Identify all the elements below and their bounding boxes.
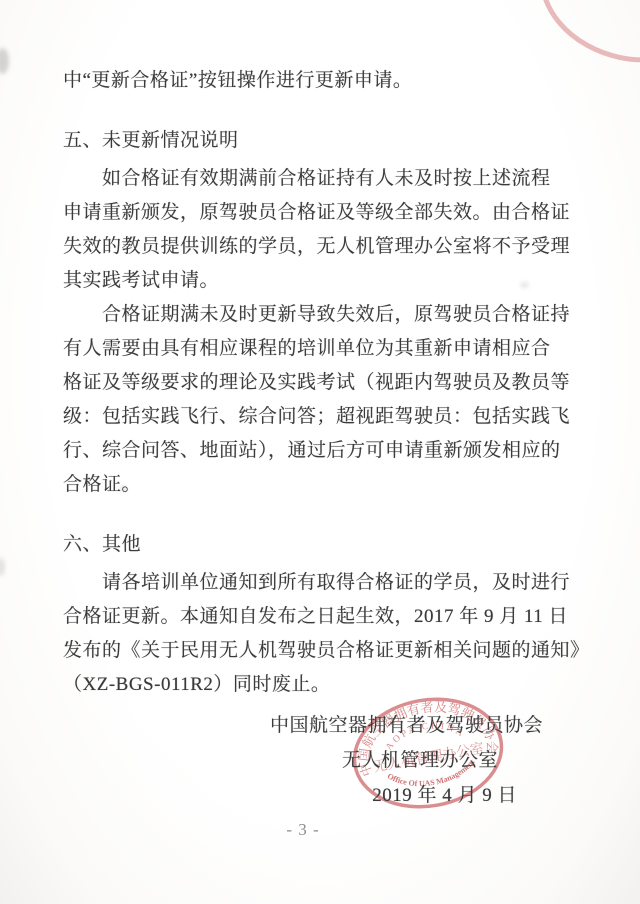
document-body: 中“更新合格证”按钮操作进行更新申请。 五、未更新情况说明 如合格证有效期满前合…	[63, 64, 543, 843]
text-line: 失效的教员提供训练的学员，无人机管理办公室将不予受理	[63, 230, 543, 264]
section-six-paragraph-1: 请各培训单位通知到所有取得合格证的学员，及时进行合格证更新。本通知自发布之日起生…	[63, 566, 543, 702]
section-heading-six: 六、其他	[63, 528, 543, 562]
text-line: 合格证。	[63, 468, 543, 502]
text-line: 合格证更新。本通知自发布之日起生效，2017 年 9 月 11 日	[63, 600, 543, 634]
text-line: （XZ-BGS-011R2）同时废止。	[63, 668, 543, 702]
text-line: 请各培训单位通知到所有取得合格证的学员，及时进行	[63, 566, 543, 600]
signature-organization: 中国航空器拥有者及驾驶员协会	[63, 708, 543, 743]
lead-paragraph: 中“更新合格证”按钮操作进行更新申请。	[63, 64, 543, 98]
corner-seal-ring	[528, 0, 640, 77]
section-five-paragraph-1: 如合格证有效期满前合格证持有人未及时按上述流程申请重新颁发，原驾驶员合格证及等级…	[63, 162, 543, 298]
svg-text:中国航空器拥有者及驾驶员协会: 中国航空器拥有者及驾驶员协会	[522, 0, 640, 32]
text-line: 其实践考试申请。	[63, 264, 543, 298]
scan-smudge	[0, 48, 9, 74]
text-line: 如合格证有效期满前合格证持有人未及时按上述流程	[63, 162, 543, 196]
corner-seal-ring-text: 中国航空器拥有者及驾驶员协会	[522, 0, 640, 32]
text-line: 申请重新颁发，原驾驶员合格证及等级全部失效。由合格证	[63, 196, 543, 230]
text-line: 格证及等级要求的理论及实践考试（视距内驾驶员及教员等	[63, 366, 543, 400]
signature-office: 无人机管理办公室	[63, 743, 498, 778]
text-line: 行、综合问答、地面站），通过后方可申请重新颁发相应的	[63, 434, 543, 468]
text-line: 中“更新合格证”按钮操作进行更新申请。	[63, 64, 543, 98]
scanned-notice-page: 中国航空器拥有者及驾驶员协会 中国航空器拥有者及驾驶员协会 AOPA CHINA…	[0, 0, 640, 904]
section-heading-five: 五、未更新情况说明	[63, 124, 543, 158]
text-line: 有人需要由具有相应课程的培训单位为其重新申请相应合	[63, 332, 543, 366]
page-number: - 3 -	[63, 817, 543, 843]
signature-date: 2019 年 4 月 9 日	[63, 778, 517, 813]
text-line: 合格证期满未及时更新导致失效后，原驾驶员合格证持	[63, 298, 543, 332]
text-line: 级：包括实践飞行、综合问答；超视距驾驶员：包括实践飞	[63, 400, 543, 434]
scan-smudge	[0, 558, 5, 576]
section-five-paragraph-2: 合格证期满未及时更新导致失效后，原驾驶员合格证持有人需要由具有相应课程的培训单位…	[63, 298, 543, 502]
text-line: 发布的《关于民用无人机驾驶员合格证更新相关问题的通知》	[63, 634, 543, 668]
signature-block: 中国航空器拥有者及驾驶员协会 无人机管理办公室 2019 年 4 月 9 日	[63, 708, 543, 813]
